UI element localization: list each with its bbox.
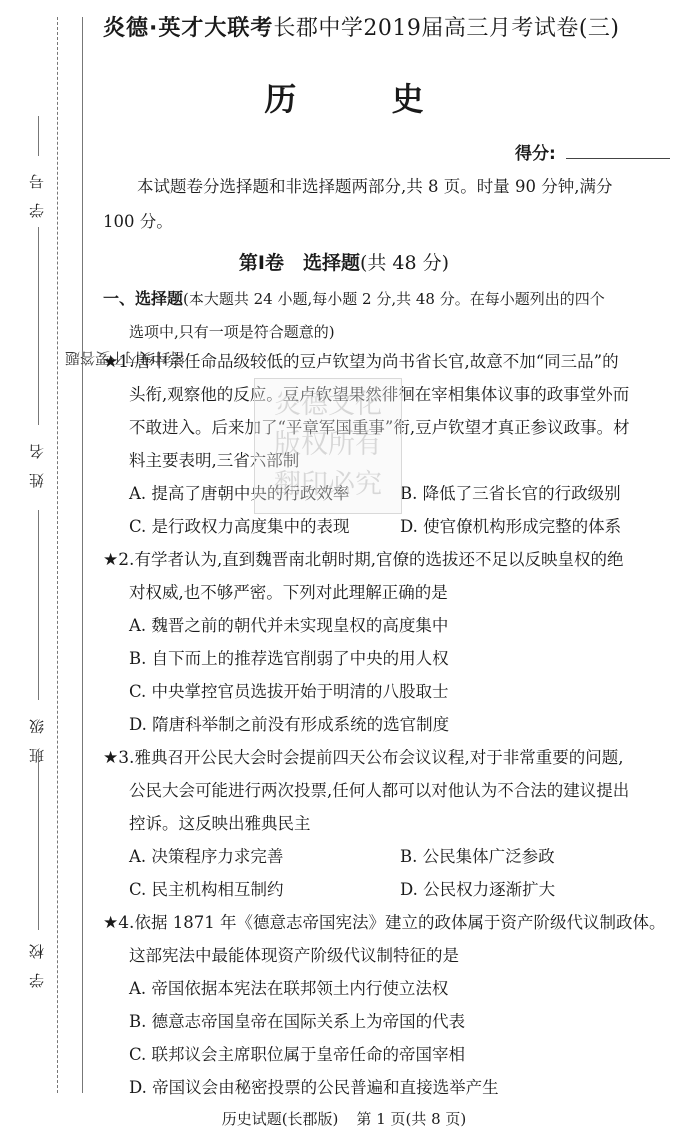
question-stem-line: 对权威,也不够严密。下列对此理解正确的是 — [103, 576, 688, 609]
instruction-text: (本大题共 24 小题,每小题 2 分,共 48 分。在每小题列出的四个 — [183, 290, 605, 308]
question-1: ★1.唐中宗任命品级较低的豆卢钦望为尚书省长官,故意不加“同三品”的 头衔,观察… — [103, 345, 688, 543]
score-label: 得分: — [515, 139, 556, 164]
section-title: 第Ⅰ卷 选择题 — [239, 252, 360, 274]
question-stem-line: ★4.依据 1871 年《德意志帝国宪法》建立的政体属于资产阶级代议制政体。 — [103, 906, 688, 939]
score-blank[interactable] — [566, 158, 670, 159]
option-d[interactable]: D. 使官僚机构形成完整的体系 — [400, 510, 621, 543]
option-c[interactable]: C. 是行政权力高度集中的表现 — [129, 510, 400, 543]
option-d[interactable]: D. 隋唐科举制之前没有形成系统的选官制度 — [103, 708, 688, 741]
exam-name: 长郡中学2019届高三月考试卷(三) — [273, 16, 619, 41]
question-3: ★3.雅典召开公民大会时会提前四天公布会议议程,对于非常重要的问题, 公民大会可… — [103, 741, 688, 906]
name-label: 姓名 — [30, 430, 45, 488]
option-a[interactable]: A. 魏晋之前的朝代并未实现皇权的高度集中 — [103, 609, 688, 642]
question-number: ★4. — [103, 913, 134, 933]
option-b[interactable]: B. 德意志帝国皇帝在国际关系上为帝国的代表 — [103, 1005, 688, 1038]
student-id-blank-top — [38, 116, 39, 156]
question-stem-line: 这部宪法中最能体现资产阶级代议制特征的是 — [103, 939, 688, 972]
section-heading: 第Ⅰ卷 选择题(共 48 分) — [0, 248, 688, 275]
student-id-label: 学号 — [30, 160, 45, 218]
name-blank[interactable] — [38, 510, 39, 700]
option-d[interactable]: D. 帝国议会由秘密投票的公民普遍和直接选举产生 — [103, 1071, 688, 1104]
exam-brand: 炎德·英才大联考 — [103, 16, 273, 41]
footer-exam-name: 历史试题(长郡版) — [222, 1110, 339, 1128]
option-b[interactable]: B. 降低了三省长官的行政级别 — [400, 477, 621, 510]
binding-solid-line — [82, 17, 83, 1093]
option-c[interactable]: C. 民主机构相互制约 — [129, 873, 400, 906]
option-c[interactable]: C. 联邦议会主席职位属于皇帝任命的帝国宰相 — [103, 1038, 688, 1071]
page-footer: 历史试题(长郡版)第 1 页(共 8 页) — [0, 1108, 688, 1129]
option-a[interactable]: A. 帝国依据本宪法在联邦领土内行使立法权 — [103, 972, 688, 1005]
option-a[interactable]: A. 提高了唐朝中央的行政效率 — [129, 477, 400, 510]
question-stem-line: 料主要表明,三省六部制 — [103, 444, 688, 477]
school-label: 学校 — [30, 930, 45, 988]
question-number: ★1. — [103, 352, 134, 372]
section-points: (共 48 分) — [360, 252, 449, 274]
page-number: 第 1 页(共 8 页) — [356, 1110, 466, 1128]
exam-header: 炎德·英才大联考长郡中学2019届高三月考试卷(三) — [103, 14, 683, 44]
subject-title: 历 史 — [0, 74, 688, 120]
section-instructions: 一、选择题(本大题共 24 小题,每小题 2 分,共 48 分。在每小题列出的四… — [103, 282, 683, 349]
question-number: ★2. — [103, 550, 134, 570]
question-stem-line: 公民大会可能进行两次投票,任何人都可以对他认为不合法的建议提出 — [103, 774, 688, 807]
question-stem-line: 控诉。这反映出雅典民主 — [103, 807, 688, 840]
question-2: ★2.有学者认为,直到魏晋南北朝时期,官僚的选拔还不足以反映皇权的绝 对权威,也… — [103, 543, 688, 741]
question-stem-line: 不敢进入。后来加了“平章军国重事”衔,豆卢钦望才真正参议政事。材 — [103, 411, 688, 444]
option-d[interactable]: D. 公民权力逐渐扩大 — [400, 873, 555, 906]
option-c[interactable]: C. 中央掌控官员选拔开始于明清的八股取士 — [103, 675, 688, 708]
option-a[interactable]: A. 决策程序力求完善 — [129, 840, 400, 873]
question-stem-line: ★1.唐中宗任命品级较低的豆卢钦望为尚书省长官,故意不加“同三品”的 — [103, 345, 688, 378]
intro-line-2: 100 分。 — [103, 205, 173, 238]
question-4: ★4.依据 1871 年《德意志帝国宪法》建立的政体属于资产阶级代议制政体。 这… — [103, 906, 688, 1104]
option-b[interactable]: B. 自下而上的推荐选官削弱了中央的用人权 — [103, 642, 688, 675]
question-number: ★3. — [103, 748, 134, 768]
instruction-lead: 一、选择题 — [103, 289, 183, 308]
seal-dotted-line — [57, 17, 58, 1093]
option-b[interactable]: B. 公民集体广泛参政 — [400, 840, 555, 873]
question-stem-line: ★3.雅典召开公民大会时会提前四天公布会议议程,对于非常重要的问题, — [103, 741, 688, 774]
question-stem-line: 头衔,观察他的反应。豆卢钦望果然徘徊在宰相集体议事的政事堂外而 — [103, 378, 688, 411]
class-blank[interactable] — [38, 750, 39, 930]
intro-line-1: 本试题卷分选择题和非选择题两部分,共 8 页。时量 90 分钟,满分 — [137, 170, 612, 203]
question-stem-line: ★2.有学者认为,直到魏晋南北朝时期,官僚的选拔还不足以反映皇权的绝 — [103, 543, 688, 576]
